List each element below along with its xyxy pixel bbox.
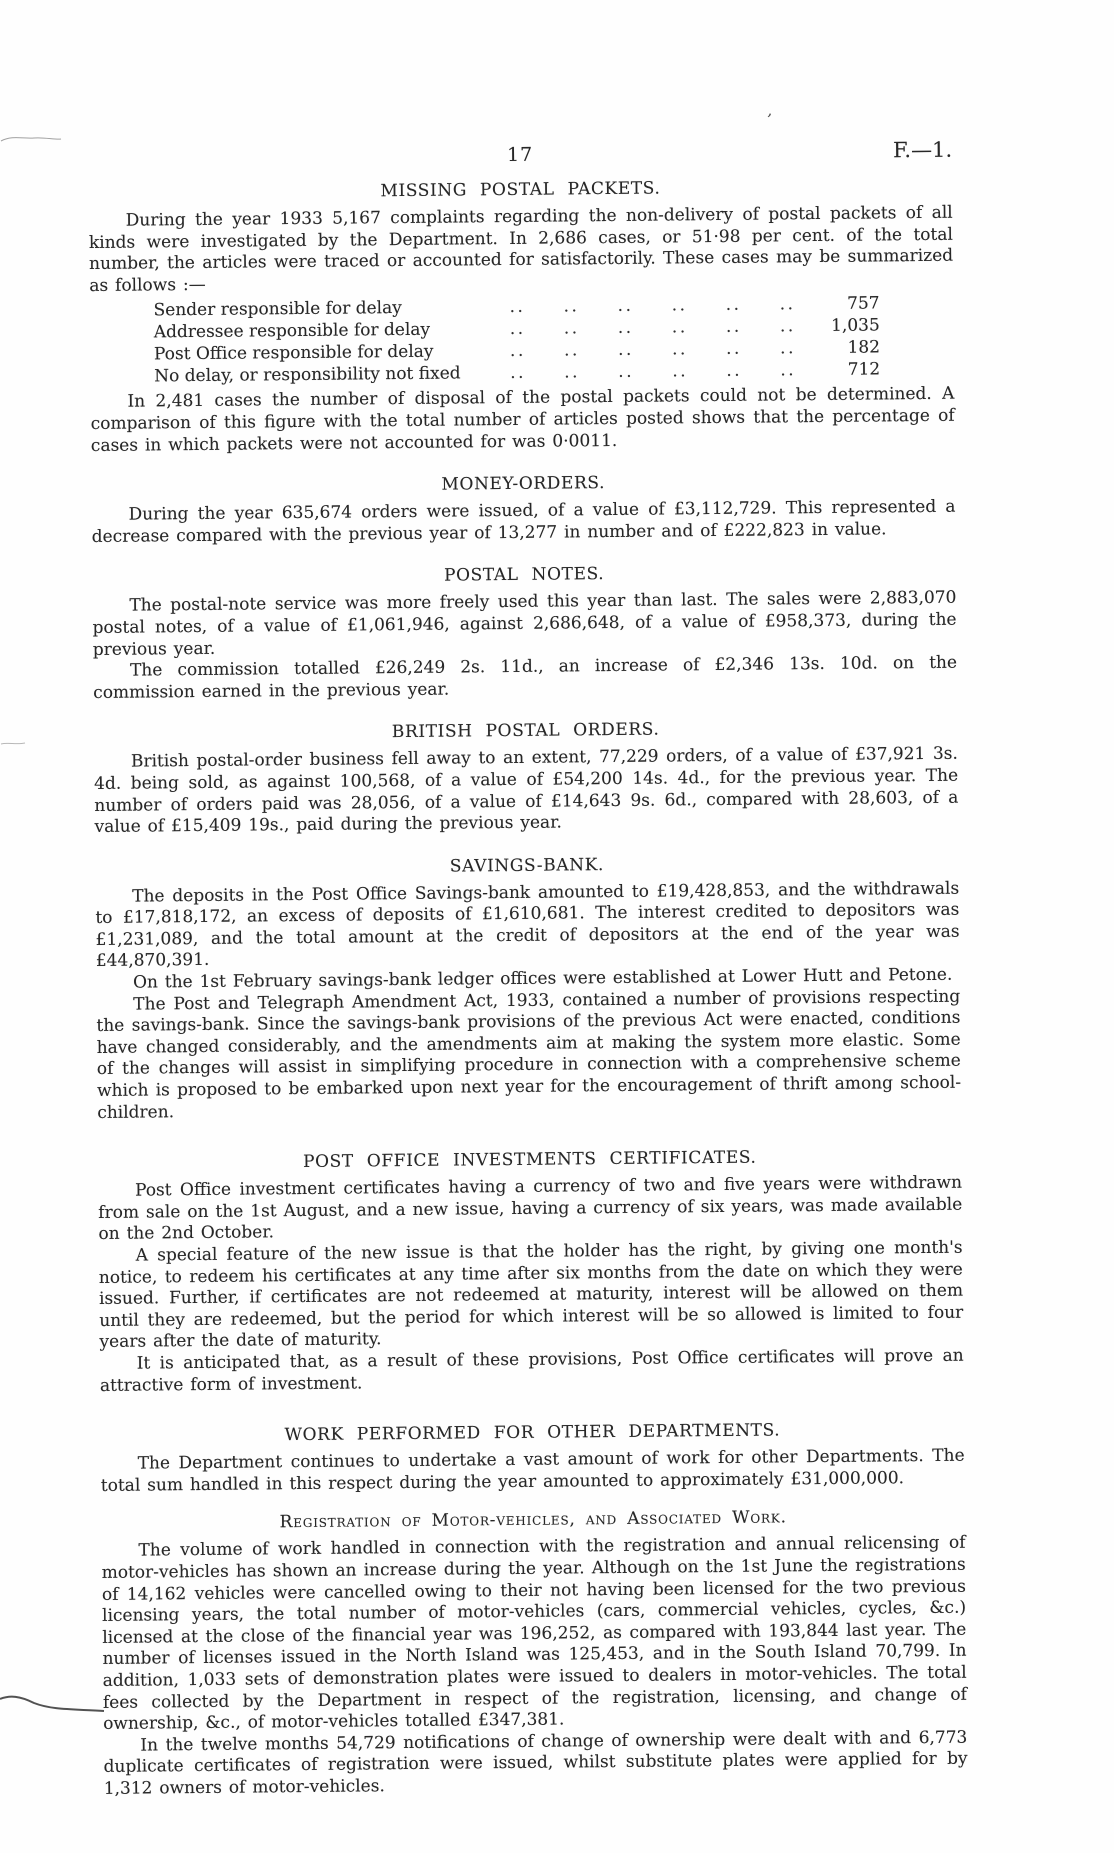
header-spacer — [88, 161, 507, 165]
section-motor-vehicles: Registration of Motor-vehicles, and Asso… — [101, 1506, 968, 1800]
leader: ............ — [504, 337, 816, 362]
section-heading: BRITISH POSTAL ORDERS. — [94, 717, 958, 745]
leader-dots: .. — [672, 339, 688, 361]
paper-reference: F.—1. — [533, 138, 952, 166]
leader: ............ — [504, 315, 816, 340]
section-heading: POST OFFICE INVESTMENTS CERTIFICATES. — [98, 1146, 962, 1174]
paragraph: The deposits in the Post Office Savings-… — [95, 878, 960, 973]
leader-dots: .. — [726, 294, 742, 316]
leader-dots: .. — [510, 340, 526, 362]
leader-dots: .. — [780, 316, 796, 338]
section-investment-certificates: POST OFFICE INVESTMENTS CERTIFICATES. Po… — [98, 1146, 964, 1397]
paragraph: The Department continues to undertake a … — [101, 1446, 965, 1497]
pen-mark-mid-left — [0, 740, 26, 748]
section-british-postal-orders: BRITISH POSTAL ORDERS. British postal-or… — [94, 717, 959, 839]
leader-dots: .. — [564, 318, 580, 340]
case-value: 712 — [816, 359, 880, 382]
section-heading: POSTAL NOTES. — [92, 561, 956, 589]
page-header: 17 F.—1. — [88, 138, 952, 170]
case-label: No delay, or responsibility not fixed — [154, 362, 504, 387]
scanned-report-page: { "page": { "number": "17", "reference":… — [0, 0, 1114, 1853]
page-content: 17 F.—1. MISSING POSTAL PACKETS. During … — [88, 138, 968, 1801]
leader: ............ — [504, 359, 816, 384]
leader-dots: .. — [780, 360, 796, 382]
paragraph: During the year 1933 5,167 complaints re… — [89, 203, 954, 298]
section-heading: MISSING POSTAL PACKETS. — [88, 176, 952, 204]
paragraph: British postal-order business fell away … — [94, 744, 959, 839]
section-heading: MONEY-ORDERS. — [91, 470, 955, 498]
pen-mark-bottom-left — [0, 1694, 110, 1716]
leader-dots: .. — [726, 360, 742, 382]
paragraph: The Post and Telegraph Amendment Act, 19… — [96, 986, 961, 1124]
leader-dots: .. — [510, 362, 526, 384]
leader-dots: .. — [726, 316, 742, 338]
section-money-orders: MONEY-ORDERS. During the year 635,674 or… — [91, 470, 956, 548]
paragraph: Post Office investment certificates havi… — [98, 1173, 963, 1246]
leader-dots: .. — [672, 317, 688, 339]
leader-dots: .. — [510, 318, 526, 340]
paragraph: The volume of work handled in connection… — [101, 1533, 967, 1736]
paragraph: The postal-note service was more freely … — [92, 588, 957, 661]
leader-dots: .. — [780, 338, 796, 360]
section-postal-notes: POSTAL NOTES. The postal-note service wa… — [92, 561, 957, 704]
leader-dots: .. — [618, 295, 634, 317]
section-heading: WORK PERFORMED FOR OTHER DEPARTMENTS. — [100, 1419, 964, 1447]
scan-speck: ’ — [764, 110, 773, 130]
pen-mark-top-left — [0, 132, 62, 146]
leader-dots: .. — [618, 317, 634, 339]
page-number: 17 — [507, 144, 533, 166]
case-value: 757 — [815, 293, 879, 316]
leader-dots: .. — [618, 339, 634, 361]
case-value: 182 — [816, 337, 880, 360]
case-value: 1,035 — [816, 315, 880, 338]
leader-dots: .. — [726, 338, 742, 360]
paragraph: The commission totalled £26,249 2s. 11d.… — [93, 653, 957, 704]
leader-dots: .. — [564, 362, 580, 384]
section-savings-bank: SAVINGS-BANK. The deposits in the Post O… — [95, 851, 961, 1124]
section-missing-postal-packets: MISSING POSTAL PACKETS. During the year … — [88, 176, 955, 457]
section-sub-heading: Registration of Motor-vehicles, and Asso… — [101, 1506, 965, 1534]
cases-table: Sender responsible for delay ...........… — [153, 293, 880, 388]
leader-dots: .. — [564, 340, 580, 362]
paragraph: In the twelve months 54,729 notification… — [103, 1727, 968, 1800]
leader-dots: .. — [780, 294, 796, 316]
paragraph: A special feature of the new issue is th… — [99, 1238, 964, 1354]
leader-dots: .. — [563, 296, 579, 318]
leader: ............ — [503, 293, 815, 318]
leader-dots: .. — [618, 361, 634, 383]
leader-dots: .. — [672, 361, 688, 383]
leader-dots: .. — [672, 295, 688, 317]
section-heading: SAVINGS-BANK. — [95, 851, 959, 879]
paragraph: In 2,481 cases the number of disposal of… — [90, 384, 955, 457]
section-other-departments: WORK PERFORMED FOR OTHER DEPARTMENTS. Th… — [100, 1419, 965, 1497]
paragraph: During the year 635,674 orders were issu… — [91, 497, 955, 548]
leader-dots: .. — [509, 296, 525, 318]
paragraph: It is anticipated that, as a result of t… — [100, 1346, 964, 1397]
